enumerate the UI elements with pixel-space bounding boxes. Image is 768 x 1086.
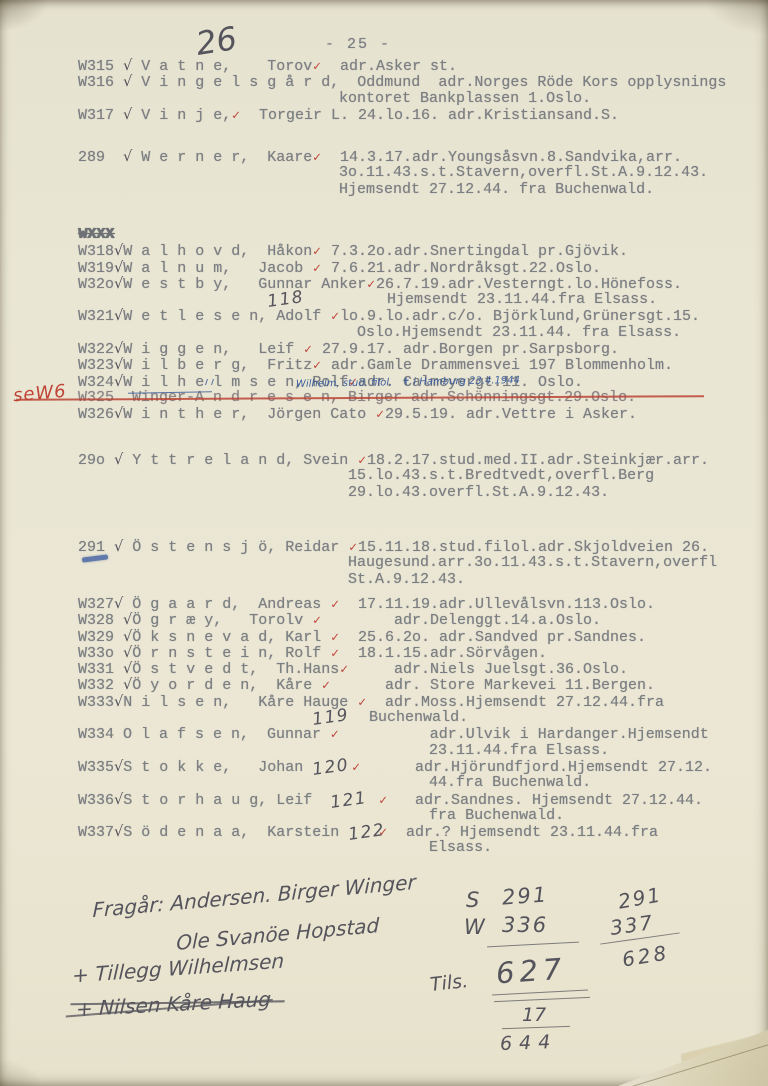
typed-text: Hjemsendt 23.11.44.fra Elsass. <box>297 291 657 308</box>
red-checkmark: ✓ <box>321 678 331 692</box>
tally-s-label: S <box>466 888 479 912</box>
typed-block-291-ostensjo: 291 √ Ö s t e n s j ö, Reidar ✓15.11.18.… <box>78 539 717 588</box>
typed-line: W33o √Ö r n s t e i n, Rolf ✓ 18.1.15.ad… <box>78 645 712 661</box>
tally-double-underline-2 <box>494 997 590 1002</box>
pencil-checkmark: √ <box>123 661 132 677</box>
typed-text: 18.1.15.adr.Sörvågen. <box>340 645 547 662</box>
typed-line: W323√W i l b e r g, Fritz✓ adr.Gamle Dra… <box>78 357 700 373</box>
typed-line: W322√W i g g e n, Leif ✓ 27.9.17. adr.Bo… <box>78 341 700 357</box>
typed-line: 118 Hjemsendt 23.11.44.fra Elsass. <box>78 292 700 308</box>
red-checkmark: ✓ <box>312 244 322 258</box>
typed-line: 291 √ Ö s t e n s j ö, Reidar ✓15.11.18.… <box>78 539 717 555</box>
typed-line: W328 √Ö g r æ y, Torolv ✓ adr.Delenggt.1… <box>78 612 712 628</box>
typed-line: W337√S ö d e n a a, Karstein 122✓ adr.? … <box>78 824 712 840</box>
typed-text: W315 <box>78 58 123 75</box>
folded-corner <box>618 1030 768 1086</box>
red-checkmark: ✓ <box>312 59 322 73</box>
typed-text: 17.11.19.adr.Ullevålsvn.113.Oslo. <box>340 596 655 613</box>
typed-page-number: - 25 - <box>325 36 391 53</box>
typed-line: Elsass. <box>78 840 712 856</box>
typed-text: Buchenwald. <box>342 709 468 726</box>
typed-text: Ö s t v e d t, Th.Hans <box>132 661 339 678</box>
tally-total-label: Tils. <box>429 970 469 996</box>
tally-sum-line <box>487 942 579 948</box>
red-checkmark: ✓ <box>330 309 340 323</box>
typed-text: Oslo.Hjemsendt 23.11.44. fra Elsass. <box>78 324 681 341</box>
typed-text: W i g g e n, Leif <box>123 341 303 358</box>
tally-right-row1: 291 <box>616 882 664 913</box>
typed-line: kontoret Bankplassen 1.Oslo. <box>78 91 726 107</box>
red-margin-note: seW6 <box>12 381 67 407</box>
typed-line: W334 O l a f s e n, Gunnar ✓ adr.Ulvik i… <box>78 726 712 742</box>
red-checkmark: ✓ <box>303 342 313 356</box>
typed-text: W i n t h e r, Jörgen Cato <box>123 406 375 423</box>
typed-text: W322 <box>78 341 114 358</box>
pencil-number: 121 <box>330 794 361 808</box>
typed-text: 29.5.19. adr.Vettre i Asker. <box>385 406 637 423</box>
typed-text: W329 <box>78 629 123 646</box>
pencil-checkmark: √ <box>114 824 123 840</box>
red-checkmark: ✓ <box>231 108 241 122</box>
typed-text: W318 <box>78 243 114 260</box>
pencil-checkmark: √ <box>123 629 132 645</box>
red-checkmark: ✓ <box>330 646 340 660</box>
typed-text: 44.fra Buchenwald. <box>78 774 591 791</box>
typed-line: 29.lo.43.overfl.St.A.9.12.43. <box>78 485 709 501</box>
typed-text: kontoret Bankplassen 1.Oslo. <box>78 90 591 107</box>
red-checkmark: ✓ <box>330 597 340 611</box>
red-checkmark: ✓ <box>330 727 340 741</box>
typed-text: W332 <box>78 677 123 694</box>
typed-text: W328 <box>78 612 123 629</box>
red-checkmark: ✓ <box>312 613 322 627</box>
typed-text: W327 <box>78 596 114 613</box>
tally-right-row2: 337 <box>609 910 656 940</box>
typed-text: Hjemsendt 27.12.44. fra Buchenwald. <box>78 181 654 198</box>
typed-line: 23.11.44.fra Elsass. <box>78 743 712 759</box>
pencil-checkmark: √ <box>123 58 132 74</box>
pencil-number: 119 <box>312 711 343 725</box>
typed-line: 29o √ Y t t r e l a n d, Svein ✓18.2.17.… <box>78 452 709 468</box>
typed-text: 7.3.2o.adr.Snertingdal pr.Gjövik. <box>322 243 628 260</box>
typed-line: 119 Buchenwald. <box>78 710 712 726</box>
typed-line: W318√W a l h o v d, Håkon✓ 7.3.2o.adr.Sn… <box>78 243 700 259</box>
pencil-checkmark: √ <box>123 107 132 123</box>
red-checkmark: ✓ <box>339 662 349 676</box>
typed-text: W a l h o v d, Håkon <box>123 243 312 260</box>
red-checkmark: ✓ <box>312 261 322 275</box>
typed-line: W326√W i n t h e r, Jörgen Cato ✓29.5.19… <box>78 406 700 422</box>
typed-line: 44.fra Buchenwald. <box>78 775 712 791</box>
tally-w-label: W <box>464 915 485 939</box>
red-checkmark: ✓ <box>375 407 385 421</box>
typed-text: 25.6.2o. adr.Sandved pr.Sandnes. <box>340 629 646 646</box>
typed-line: 3o.11.43.s.t.Stavern,overfl.St.A.9.12.43… <box>78 165 708 181</box>
typed-line: W327√ Ö g a a r d, Andreas ✓ 17.11.19.ad… <box>78 596 712 612</box>
typed-line: W315 √ V a t n e, Torov✓ adr.Asker st. <box>78 58 726 74</box>
typed-text: Ö g a a r d, Andreas <box>123 596 330 613</box>
pencil-checkmark: √ <box>114 452 123 468</box>
typed-text: W331 <box>78 661 123 678</box>
typed-line: 15.lo.43.s.t.Bredtvedt,overfl.Berg <box>78 468 709 484</box>
typed-line: W316 √ V i n g e l s g å r d, Oddmund ad… <box>78 74 726 90</box>
red-checkmark: ✓ <box>330 630 340 644</box>
typed-text: 3o.11.43.s.t.Stavern,overfl.St.A.9.12.43… <box>78 164 708 181</box>
typed-text: 7.6.21.adr.Nordråksgt.22.Oslo. <box>322 260 601 277</box>
typed-text: Torgeir L. 24.lo.16. adr.Kristiansand.S. <box>241 107 619 124</box>
typed-line: W317 √ V i n j e,✓ Torgeir L. 24.lo.16. … <box>78 107 726 123</box>
typed-line: W319√W a l n u m, Jacob ✓ 7.6.21.adr.Nor… <box>78 260 700 276</box>
typed-line: WXXX <box>78 227 700 243</box>
typed-text: Ö g r æ y, Torolv <box>132 612 312 629</box>
typed-block-w327-w337: W327√ Ö g a a r d, Andreas ✓ 17.11.19.ad… <box>78 596 712 857</box>
tally-right-total: 628 <box>620 940 670 971</box>
typed-text <box>78 291 267 308</box>
pencil-checkmark: √ <box>114 792 123 808</box>
tally-s-value: 291 <box>501 882 549 909</box>
typed-line: W336√S t o r h a u g, Leif 121 ✓ adr.San… <box>78 792 712 808</box>
typed-text: adr.Niels Juelsgt.36.Oslo. <box>349 661 628 678</box>
typed-text: WXXX <box>78 226 114 243</box>
pencil-checkmark: √ <box>114 276 123 292</box>
pencil-checkmark: √ <box>114 260 123 276</box>
typed-line: W321√W e t l e s e n, Adolf ✓lo.9.lo.adr… <box>78 308 700 324</box>
pencil-number: 120 <box>312 761 343 775</box>
typed-block-289-werner: 289 √ W e r n e r, Kaare✓ 14.3.17.adr.Yo… <box>78 149 708 198</box>
typed-line: Oslo.Hjemsendt 23.11.44. fra Elsass. <box>78 325 700 341</box>
typed-text: adr. Store Markevei 11.Bergen. <box>331 677 655 694</box>
red-checkmark: ✓ <box>357 695 367 709</box>
typed-text: W a l n u m, Jacob <box>123 260 312 277</box>
typed-text: W319 <box>78 260 114 277</box>
pencil-checkmark: √ <box>114 243 123 259</box>
typed-line: St.A.9.12.43. <box>78 572 717 588</box>
pencil-checkmark: √ <box>114 694 123 710</box>
typed-line: 289 √ W e r n e r, Kaare✓ 14.3.17.adr.Yo… <box>78 149 708 165</box>
pencil-note-struck-nilsen: + Nilsen Kåre Haug <box>76 987 272 1021</box>
pencil-checkmark: √ <box>114 374 123 390</box>
typed-line: Hjemsendt 27.12.44. fra Buchenwald. <box>78 182 708 198</box>
typed-text: 29.lo.43.overfl.St.A.9.12.43. <box>78 484 609 501</box>
red-checkmark: ✓ <box>366 277 376 291</box>
pencil-checkmark: √ <box>123 74 132 90</box>
pencil-checkmark: √ <box>123 645 132 661</box>
tally-total-value: 627 <box>495 952 568 991</box>
typed-text: W326 <box>78 406 114 423</box>
typed-text: W i l b e r g, Fritz <box>123 357 312 374</box>
pencil-checkmark: √ <box>114 357 123 373</box>
red-checkmark: ✓ <box>348 540 358 554</box>
typed-text: fra Buchenwald. <box>78 807 564 824</box>
typed-line: Haugesund.arr.3o.11.43.s.t.Stavern,overf… <box>78 555 717 571</box>
typed-text: V i n j e, <box>132 107 231 124</box>
red-checkmark: ✓ <box>378 793 388 807</box>
typed-text: adr.Delenggt.14.a.Oslo. <box>322 612 601 629</box>
tally-final-value: 644 <box>500 1031 558 1055</box>
typed-text: W323 <box>78 357 114 374</box>
tally-sub-value: 17 <box>522 1004 546 1026</box>
typed-line: fra Buchenwald. <box>78 808 712 824</box>
pencil-checkmark: √ <box>114 539 123 555</box>
pencil-checkmark: √ <box>123 149 132 165</box>
pencil-checkmark: √ <box>123 612 132 628</box>
typed-text: W33o <box>78 645 123 662</box>
typed-text: Ö k s n e v a d, Karl <box>132 629 330 646</box>
typed-block-290-yttreland: 29o √ Y t t r e l a n d, Svein ✓18.2.17.… <box>78 452 709 501</box>
red-checkmark: ✓ <box>312 150 322 164</box>
typed-line: W332 √Ö y o r d e n, Kåre ✓ adr. Store M… <box>78 677 712 693</box>
pencil-checkmark: √ <box>114 596 123 612</box>
pencil-checkmark: √ <box>114 406 123 422</box>
typed-text: Elsass. <box>78 839 492 856</box>
typed-line: W331 √Ö s t v e d t, Th.Hans✓ adr.Niels … <box>78 661 712 677</box>
typed-text: Haugesund.arr.3o.11.43.s.t.Stavern,overf… <box>78 554 717 571</box>
handwritten-page-number: 26 <box>193 19 239 63</box>
typed-text: 15.lo.43.s.t.Bredtvedt,overfl.Berg <box>78 467 654 484</box>
typed-text: 27.9.17. adr.Borgen pr.Sarpsborg. <box>313 341 619 358</box>
red-checkmark: ✓ <box>357 453 367 467</box>
tally-w-value: 336 <box>502 913 548 937</box>
scanned-document-page: 26 - 25 - W315 √ V a t n e, Torov✓ adr.A… <box>0 0 768 1086</box>
typed-text: Ö r n s t e i n, Rolf <box>132 645 330 662</box>
typed-text <box>78 709 312 726</box>
typed-block-w315-w317: W315 √ V a t n e, Torov✓ adr.Asker st.W3… <box>78 58 726 123</box>
tally-double-underline-1 <box>492 989 588 995</box>
typed-text: W317 <box>78 107 123 124</box>
typed-line: W329 √Ö k s n e v a d, Karl ✓ 25.6.2o. a… <box>78 629 712 645</box>
typed-text: Ö y o r d e n, Kåre <box>132 677 321 694</box>
typed-line: W333√N i l s e n, Kåre Hauge ✓ adr.Moss.… <box>78 694 712 710</box>
pencil-checkmark: √ <box>123 677 132 693</box>
pencil-checkmark: √ <box>114 341 123 357</box>
red-checkmark: ✓ <box>351 760 361 774</box>
typed-line: W335√S t o k k e, Johan 120 ✓ adr.Hjörun… <box>78 759 712 775</box>
tally-sub-line <box>502 1026 570 1029</box>
pencil-number: 118 <box>267 293 298 307</box>
pencil-checkmark: √ <box>114 308 123 324</box>
typed-text: St.A.9.12.43. <box>78 571 465 588</box>
typed-block-w318-w326: WXXXW318√W a l h o v d, Håkon✓ 7.3.2o.ad… <box>78 227 700 423</box>
red-checkmark: ✓ <box>312 358 322 372</box>
typed-text: V a t n e, Torov <box>132 58 312 75</box>
typed-text: adr.Gamle Drammensvei 197 Blommenholm. <box>322 357 673 374</box>
typed-text: adr.Asker st. <box>322 58 457 75</box>
pencil-checkmark: √ <box>114 759 123 775</box>
typed-line: W32o√W e s t b y, Gunnar Anker✓26.7.19.a… <box>78 276 700 292</box>
